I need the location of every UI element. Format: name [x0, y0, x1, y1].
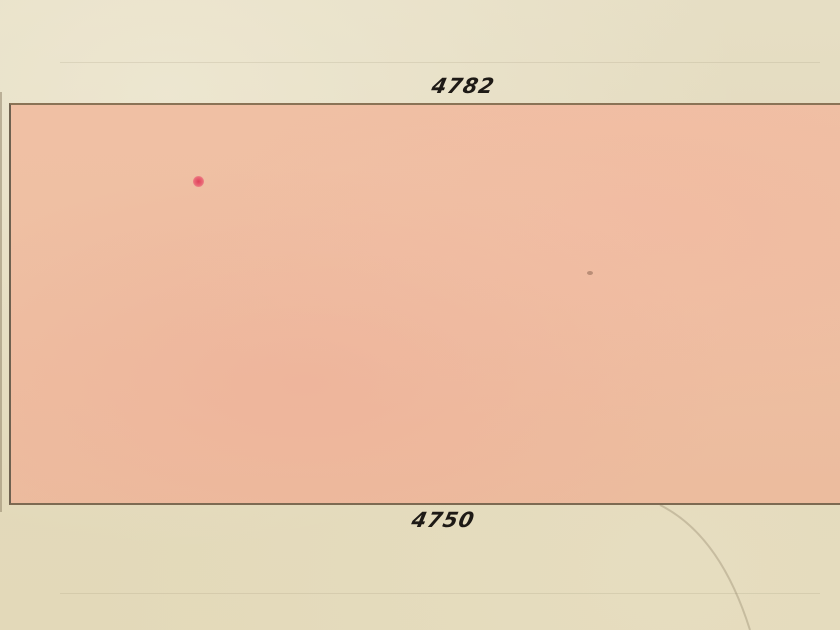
map-parcel[interactable]: [9, 103, 840, 505]
paper-speck: [587, 271, 593, 275]
fold-crease: [600, 505, 840, 630]
faint-rule-line: [60, 62, 820, 63]
faint-rule-line: [60, 593, 820, 594]
parcel-top-elevation-label: 4782: [429, 74, 497, 98]
parcel-outer-boundary-line: [0, 92, 2, 512]
location-marker-icon[interactable]: [193, 176, 204, 187]
parcel-bottom-elevation-label: 4750: [409, 508, 477, 532]
map-paper-background: 4782 4750: [0, 0, 840, 630]
